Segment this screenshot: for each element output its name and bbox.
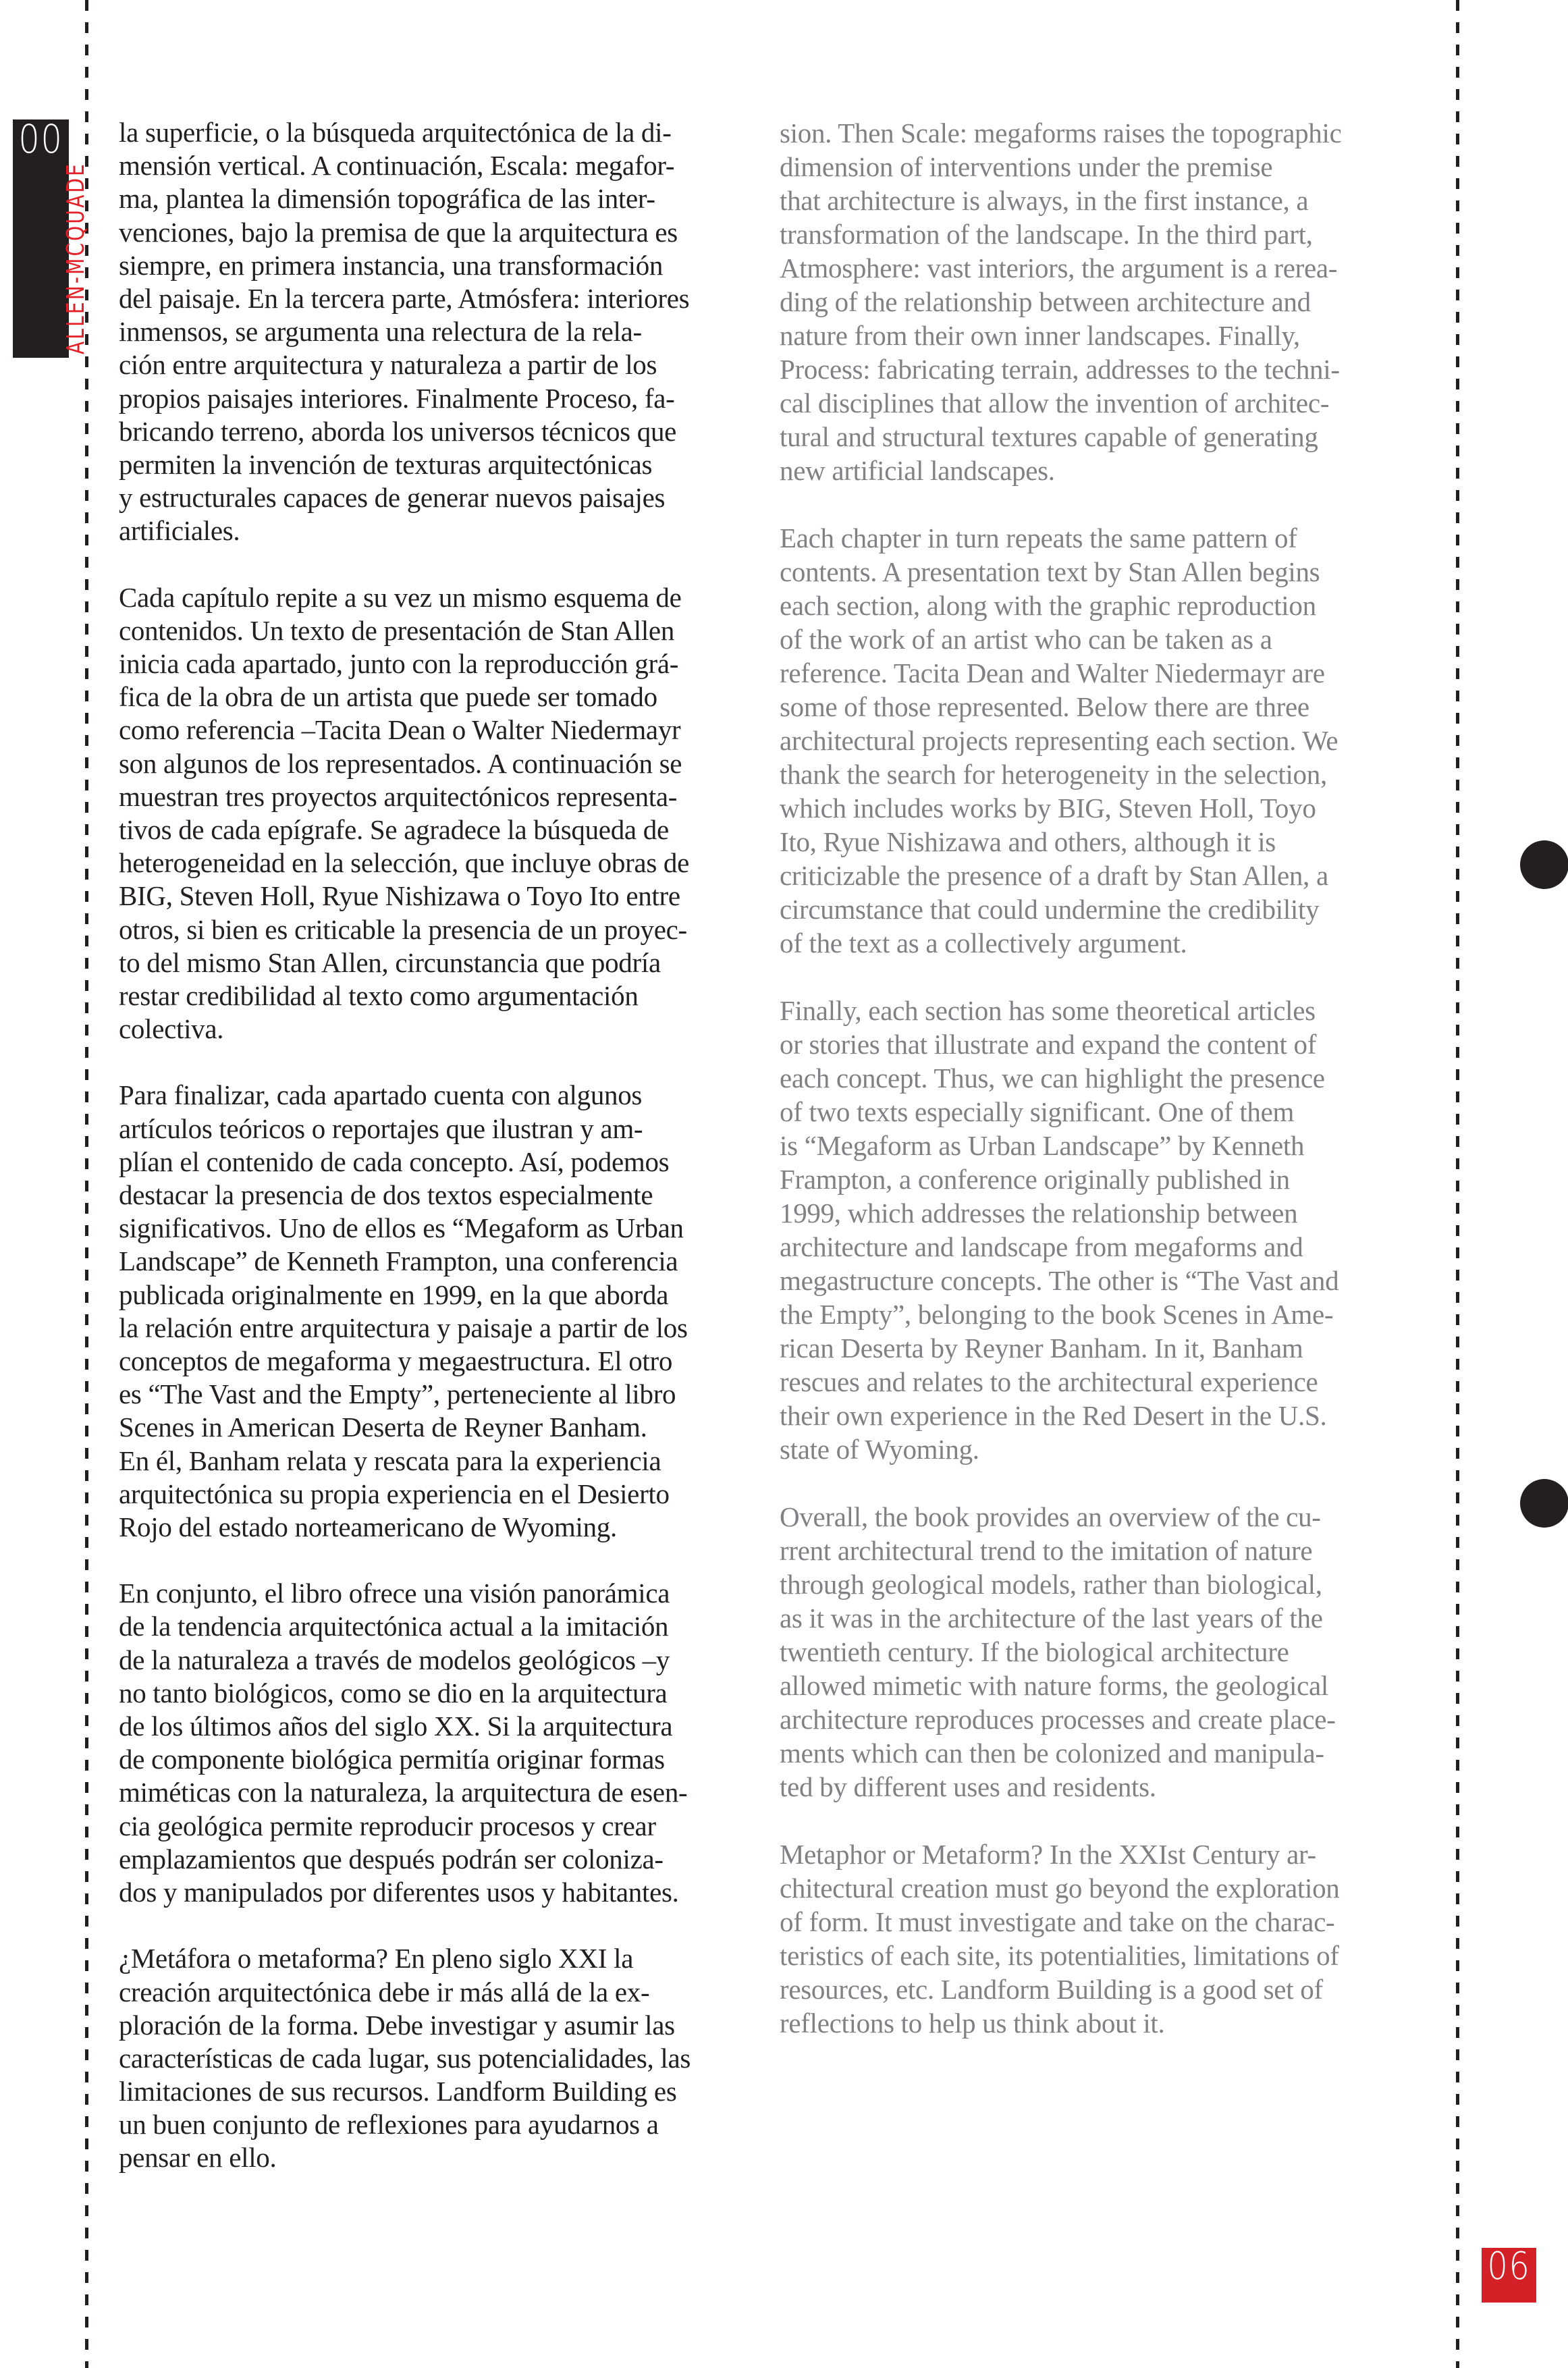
running-title-vertical: ALLEN-MCQUADE [66,108,86,354]
text-line: bricando terreno, aborda los universos t… [119,415,747,448]
text-line: restar credibilidad al texto como argume… [119,979,747,1013]
text-line: which includes works by BIG, Steven Holl… [780,791,1414,825]
text-line: un buen conjunto de reflexiones para ayu… [119,2108,747,2141]
text-line: to del mismo Stan Allen, circunstancia q… [119,946,747,979]
text-line: artificiales. [119,514,747,547]
text-line: through geological models, rather than b… [780,1567,1414,1601]
text-line: artículos teóricos o reportajes que ilus… [119,1112,747,1146]
text-line: Scenes in American Deserta de Reyner Ban… [119,1411,747,1444]
paragraph: sion. Then Scale: megaforms raises the t… [780,116,1414,487]
text-line: is “Megaform as Urban Landscape” by Kenn… [780,1129,1414,1162]
right-fold-dashed-line [1456,0,1459,2368]
text-line: mensión vertical. A continuación, Escala… [119,149,747,182]
binder-hole-icon [1520,840,1568,889]
text-line: new artificial landscapes. [780,454,1414,487]
text-line: características de cada lugar, sus poten… [119,2042,747,2075]
text-line: Finally, each section has some theoretic… [780,994,1414,1027]
text-line: Process: fabricating terrain, addresses … [780,352,1414,386]
text-line: Para finalizar, cada apartado cuenta con… [119,1079,747,1112]
text-line: tivos de cada epígrafe. Se agradece la b… [119,813,747,846]
text-line: venciones, bajo la premisa de que la arq… [119,216,747,249]
paragraph-spacer [119,1909,747,1942]
text-line: the Empty”, belonging to the book Scenes… [780,1297,1414,1331]
text-line: de los últimos años del siglo XX. Si la … [119,1710,747,1743]
paragraph: Para finalizar, cada apartado cuenta con… [119,1079,747,1544]
text-line: resources, etc. Landform Building is a g… [780,1972,1414,2006]
paragraph-spacer [119,1046,747,1079]
text-line: chitectural creation must go beyond the … [780,1871,1414,1905]
section-number: 00 [17,119,65,159]
text-line: nature from their own inner landscapes. … [780,319,1414,352]
text-line: as it was in the architecture of the las… [780,1601,1414,1635]
text-line: destacar la presencia de dos textos espe… [119,1179,747,1212]
paragraph-spacer [780,1466,1414,1500]
paragraph: Each chapter in turn repeats the same pa… [780,521,1414,960]
text-line: tural and structural textures capable of… [780,420,1414,454]
text-line: some of those represented. Below there a… [780,690,1414,724]
text-line: of form. It must investigate and take on… [780,1905,1414,1939]
paragraph-spacer [780,960,1414,994]
paragraph: Cada capítulo repite a su vez un mismo e… [119,581,747,1046]
section-tab: 00 [13,119,69,358]
text-line: plían el contenido de cada concepto. Así… [119,1146,747,1179]
paragraph: ¿Metáfora o metaforma? En pleno siglo XX… [119,1942,747,2174]
text-line: limitaciones de sus recursos. Landform B… [119,2075,747,2108]
text-line: cia geológica permite reproducir proceso… [119,1810,747,1843]
text-line: circumstance that could undermine the cr… [780,892,1414,926]
paragraph: Finally, each section has some theoretic… [780,994,1414,1466]
text-line: ma, plantea la dimensión topográfica de … [119,182,747,215]
text-line: inicia cada apartado, junto con la repro… [119,647,747,680]
text-line: otros, si bien es criticable la presenci… [119,913,747,946]
text-line: BIG, Steven Holl, Ryue Nishizawa o Toyo … [119,880,747,913]
text-line: no tanto biológicos, como se dio en la a… [119,1677,747,1710]
text-line: Each chapter in turn repeats the same pa… [780,521,1414,555]
text-line: each section, along with the graphic rep… [780,589,1414,622]
text-line: architecture and landscape from megaform… [780,1230,1414,1264]
text-line: rican Deserta by Reyner Banham. In it, B… [780,1331,1414,1365]
text-line: publicada originalmente en 1999, en la q… [119,1279,747,1312]
text-line: miméticas con la naturaleza, la arquitec… [119,1776,747,1809]
text-line: ted by different uses and residents. [780,1770,1414,1804]
text-line: rrent architectural trend to the imitati… [780,1534,1414,1567]
text-line: dos y manipulados por diferentes usos y … [119,1876,747,1909]
text-line: each concept. Thus, we can highlight the… [780,1061,1414,1095]
text-line: siempre, en primera instancia, una trans… [119,249,747,282]
spanish-text-column: la superficie, o la búsqueda arquitectón… [119,116,747,2175]
text-line: ción entre arquitectura y naturaleza a p… [119,348,747,381]
paragraph: Metaphor or Metaform? In the XXIst Centu… [780,1837,1414,2040]
text-line: twentieth century. If the biological arc… [780,1635,1414,1669]
text-line: of two texts especially significant. One… [780,1095,1414,1129]
text-line: Rojo del estado norteamericano de Wyomin… [119,1511,747,1544]
text-line: sion. Then Scale: megaforms raises the t… [780,116,1414,150]
text-line: heterogeneidad en la selección, que incl… [119,846,747,880]
text-line: ploración de la forma. Debe investigar y… [119,2009,747,2042]
left-fold-dashed-line [85,0,88,2368]
text-line: rescues and relates to the architectural… [780,1365,1414,1399]
text-line: architecture reproduces processes and cr… [780,1702,1414,1736]
paragraph: En conjunto, el libro ofrece una visión … [119,1577,747,1909]
text-line: conceptos de megaforma y megaestructura.… [119,1345,747,1378]
text-line: de la naturaleza a través de modelos geo… [119,1644,747,1677]
paragraph-spacer [780,1804,1414,1837]
text-line: Frampton, a conference originally publis… [780,1162,1414,1196]
text-line: Landscape” de Kenneth Frampton, una conf… [119,1245,747,1278]
text-line: emplazamientos que después podrán ser co… [119,1843,747,1876]
text-line: ments which can then be colonized and ma… [780,1736,1414,1770]
paragraph-spacer [119,547,747,581]
text-line: teristics of each site, its potentialiti… [780,1939,1414,1972]
text-line: Cada capítulo repite a su vez un mismo e… [119,581,747,614]
text-line: son algunos de los representados. A cont… [119,747,747,780]
text-line: Atmosphere: vast interiors, the argument… [780,251,1414,285]
text-line: la superficie, o la búsqueda arquitectón… [119,116,747,149]
text-line: de componente biológica permitía origina… [119,1743,747,1776]
text-line: of the work of an artist who can be take… [780,622,1414,656]
text-line: megastructure concepts. The other is “Th… [780,1264,1414,1297]
text-line: del paisaje. En la tercera parte, Atmósf… [119,282,747,315]
english-text-column: sion. Then Scale: megaforms raises the t… [780,116,1414,2040]
text-line: colectiva. [119,1013,747,1046]
text-line: pensar en ello. [119,2141,747,2174]
text-line: inmensos, se argumenta una relectura de … [119,315,747,348]
text-line: significativos. Uno de ellos es “Megafor… [119,1212,747,1245]
text-line: ¿Metáfora o metaforma? En pleno siglo XX… [119,1942,747,1975]
text-line: reference. Tacita Dean and Walter Nieder… [780,656,1414,690]
text-line: arquitectónica su propia experiencia en … [119,1478,747,1511]
page-number: 06 [1486,2248,1532,2286]
text-line: contenidos. Un texto de presentación de … [119,614,747,647]
text-line: y estructurales capaces de generar nuevo… [119,481,747,514]
paragraph: la superficie, o la búsqueda arquitectón… [119,116,747,547]
text-line: propios paisajes interiores. Finalmente … [119,382,747,415]
text-line: ding of the relationship between archite… [780,285,1414,319]
text-line: 1999, which addresses the relationship b… [780,1196,1414,1230]
text-line: of the text as a collectively argument. [780,926,1414,960]
text-line: creación arquitectónica debe ir más allá… [119,1976,747,2009]
text-line: thank the search for heterogeneity in th… [780,757,1414,791]
text-line: es “The Vast and the Empty”, pertenecien… [119,1378,747,1411]
text-line: la relación entre arquitectura y paisaje… [119,1312,747,1345]
paragraph-spacer [780,487,1414,521]
running-title-text: ALLEN-MCQUADE [66,162,86,354]
paragraph: Overall, the book provides an overview o… [780,1500,1414,1804]
text-line: architectural projects representing each… [780,724,1414,757]
text-line: or stories that illustrate and expand th… [780,1027,1414,1061]
text-line: permiten la invención de texturas arquit… [119,448,747,481]
text-line: allowed mimetic with nature forms, the g… [780,1669,1414,1702]
text-line: reflections to help us think about it. [780,2006,1414,2040]
text-line: Metaphor or Metaform? In the XXIst Centu… [780,1837,1414,1871]
text-line: como referencia –Tacita Dean o Walter Ni… [119,714,747,747]
text-line: Ito, Ryue Nishizawa and others, although… [780,825,1414,859]
text-line: dimension of interventions under the pre… [780,150,1414,184]
text-line: de la tendencia arquitectónica actual a … [119,1610,747,1643]
text-line: cal disciplines that allow the invention… [780,386,1414,420]
paragraph-spacer [119,1544,747,1577]
text-line: state of Wyoming. [780,1432,1414,1466]
text-line: transformation of the landscape. In the … [780,217,1414,251]
page-number-badge: 06 [1482,2248,1536,2303]
text-line: contents. A presentation text by Stan Al… [780,555,1414,589]
text-line: En conjunto, el libro ofrece una visión … [119,1577,747,1610]
text-line: fica de la obra de un artista que puede … [119,680,747,714]
text-line: that architecture is always, in the firs… [780,184,1414,217]
text-line: their own experience in the Red Desert i… [780,1399,1414,1432]
binder-hole-icon [1520,1479,1568,1528]
text-line: En él, Banham relata y rescata para la e… [119,1445,747,1478]
text-line: criticizable the presence of a draft by … [780,859,1414,892]
text-line: Overall, the book provides an overview o… [780,1500,1414,1534]
text-line: muestran tres proyectos arquitectónicos … [119,780,747,813]
